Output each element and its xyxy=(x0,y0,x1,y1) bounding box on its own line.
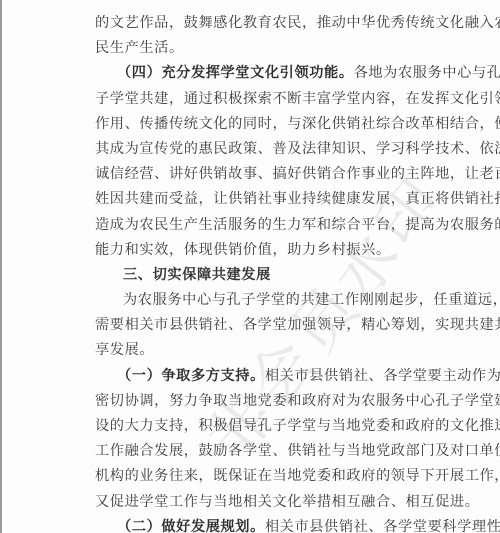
paragraph-line: 其成为宣传党的惠民政策、普及法律知识、学习科学技术、依法 xyxy=(95,137,451,162)
paragraph-line: 造成为农民生产生活服务的生力军和综合平台，提高为农服务的 xyxy=(95,213,451,238)
paragraph-line: 需要相关市县供销社、各学堂加强领导，精心筹划，实现共建共 xyxy=(95,313,451,338)
paragraph-line: 诚信经营、讲好供销故事、搞好供销合作事业的主阵地，让老百 xyxy=(95,162,451,187)
paragraph-line: 工作融合发展，鼓励各学堂、供销社与当地党政部门及对口单位、 xyxy=(95,439,451,464)
subsection-line: （四）充分发挥学堂文化引领功能。各地为农服务中心与孔 xyxy=(95,61,451,86)
subsection-title: （四）充分发挥学堂文化引领功能。 xyxy=(117,65,354,81)
document-page: 的文艺作品，鼓舞感化教育农民，推动中华优秀传统文化融入农 民生产生活。 （四）充… xyxy=(0,0,500,533)
paragraph-line: 民生产生活。 xyxy=(95,36,451,61)
paragraph-line: 又促进学堂工作与当地相关文化举措相互融合、相互促进。 xyxy=(95,490,451,515)
paragraph-line: 享发展。 xyxy=(95,338,451,363)
paragraph-line: 能力和实效，体现供销价值，助力乡村振兴。 xyxy=(95,238,451,263)
subsection-text: 各地为农服务中心与孔 xyxy=(354,65,500,81)
paragraph-line: 密切协调，努力争取当地党委和政府对为农服务中心孔子学堂建 xyxy=(95,389,451,414)
subsection-title: （一）争取多方支持。 xyxy=(117,368,265,384)
subsection-title: （二）做好发展规划。 xyxy=(117,519,265,533)
subsection-text: 相关市县供销社、各学堂要主动作为， xyxy=(265,368,500,384)
paragraph-line: 设的大力支持，积极倡导孔子学堂与当地党委和政府的文化推进 xyxy=(95,414,451,439)
subsection-line: （二）做好发展规划。相关市县供销社、各学堂要科学理性 xyxy=(95,515,451,533)
paragraph-line: 为农服务中心与孔子学堂的共建工作刚刚起步，任重道远， xyxy=(95,288,451,313)
document-body: 的文艺作品，鼓舞感化教育农民，推动中华优秀传统文化融入农 民生产生活。 （四）充… xyxy=(95,11,451,533)
paragraph-line: 作用、传播传统文化的同时，与深化供销社综合改革相结合，使 xyxy=(95,112,451,137)
paragraph-line: 姓因共建而受益，让供销社事业持续健康发展，真正将供销社打 xyxy=(95,187,451,212)
subsection-text: 相关市县供销社、各学堂要科学理性 xyxy=(265,519,500,533)
subsection-line: （一）争取多方支持。相关市县供销社、各学堂要主动作为， xyxy=(95,364,451,389)
paragraph-line: 的文艺作品，鼓舞感化教育农民，推动中华优秀传统文化融入农 xyxy=(95,11,451,36)
paragraph-line: 机构的业务往来，既保证在当地党委和政府的领导下开展工作， xyxy=(95,464,451,489)
paragraph-line: 子学堂共建，通过积极探索不断丰富学堂内容，在发挥文化引领 xyxy=(95,87,451,112)
section-heading: 三、切实保障共建发展 xyxy=(95,263,451,288)
